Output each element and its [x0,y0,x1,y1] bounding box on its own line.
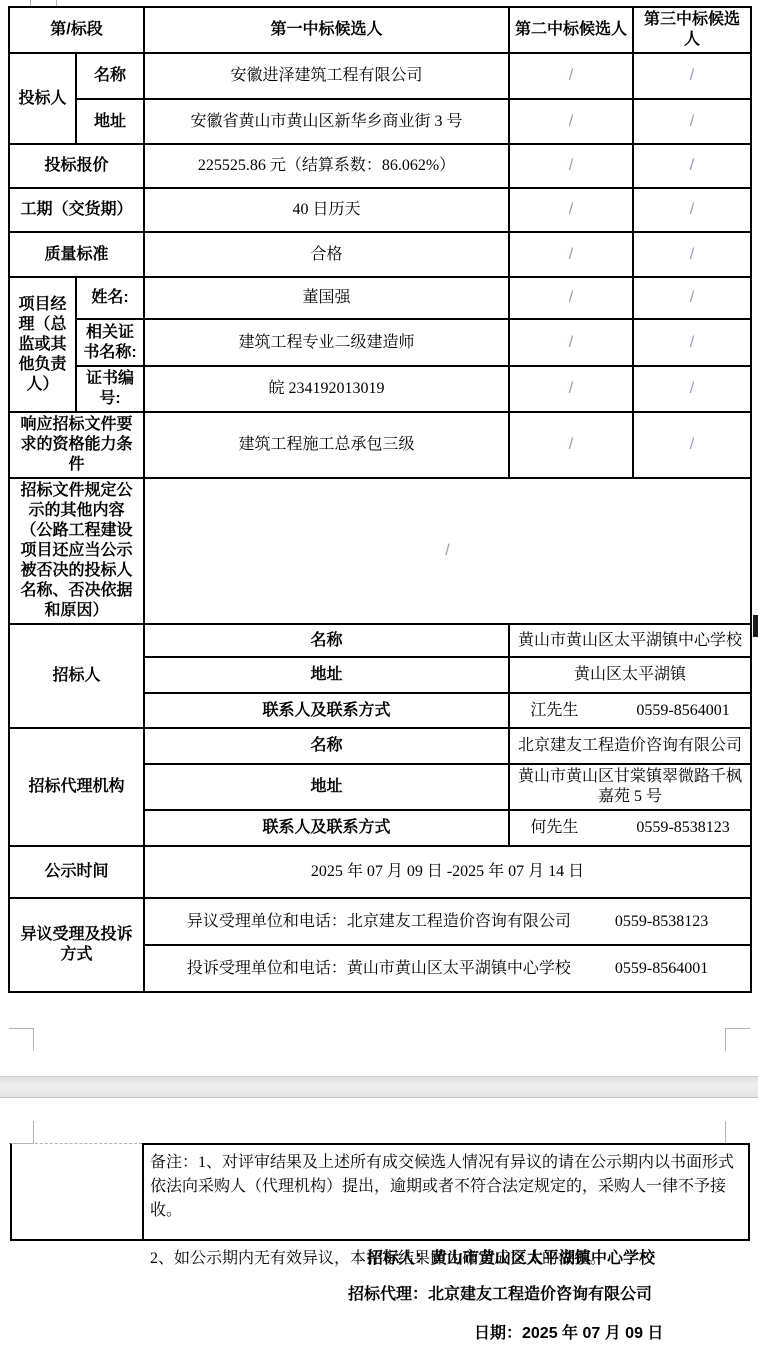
table-row: 质量标准 合格 / / [9,232,751,277]
price-value: 225525.86 元（结算系数：86.062%） [144,144,509,188]
table-row: 证书编号: 皖 234192013019 / / [9,366,751,412]
remark-cell: 备注：1、对评审结果及上述所有成交候选人情况有异议的请在公示期内以书面形式依法向… [142,1143,750,1241]
objection-row1-org: 北京建友工程造价咨询有限公司 [347,913,571,930]
tenderee-phone: 0559-8564001 [636,701,729,721]
empty-slash: / [509,99,633,144]
empty-slash: / [509,53,633,99]
manager-name-value: 董国强 [144,277,509,319]
page-break-separator [0,1076,758,1098]
tenderee-contact-value: 江先生0559-8564001 [509,693,751,728]
table-row: 招标人 名称 黄山市黄山区太平湖镇中心学校 [9,624,751,657]
table-row: 公示时间 2025 年 07 月 09 日 -2025 年 07 月 14 日 [9,846,751,898]
empty-slash: / [633,99,751,144]
objection-row2-org: 黄山市黄山区太平湖镇中心学校 [347,960,571,977]
empty-slash: / [633,319,751,366]
objection-label: 异议受理及投诉方式 [9,898,144,992]
empty-slash: / [633,53,751,99]
objection-row2-phone: 0559-8564001 [615,959,708,979]
empty-slash: / [633,232,751,277]
empty-slash: / [633,188,751,232]
agency-contact-value: 何先生0559-8538123 [509,810,751,846]
empty-slash: / [509,277,633,319]
bid-candidates-table: 第/标段 第一中标候选人 第二中标候选人 第三中标候选人 投标人 名称 安徽进泽… [8,6,752,993]
page-margin-mark [9,1121,34,1144]
agency-addr-label: 地址 [144,764,509,810]
empty-slash: / [633,412,751,478]
bidder-addr-label: 地址 [76,99,144,144]
other-content-slash: / [144,478,751,624]
manager-cert-value: 建筑工程专业二级建造师 [144,319,509,366]
page-margin-mark [9,1028,34,1051]
empty-slash: / [633,144,751,188]
duration-value: 40 日历天 [144,188,509,232]
first-candidate-header: 第一中标候选人 [144,7,509,53]
agency-name-label: 名称 [144,728,509,764]
table-row: 地址 安徽省黄山市黄山区新华乡商业街 3 号 / / [9,99,751,144]
table-row: 响应招标文件要求的资格能力条件 建筑工程施工总承包三级 / / [9,412,751,478]
table-row: 投标人 名称 安徽进泽建筑工程有限公司 / / [9,53,751,99]
empty-slash: / [633,366,751,412]
tenderee-contact-person: 江先生 [530,702,578,719]
empty-slash: / [509,188,633,232]
table-row: 招标代理机构 名称 北京建友工程造价咨询有限公司 [9,728,751,764]
agency-contact-label: 联系人及联系方式 [144,810,509,846]
manager-certno-value: 皖 234192013019 [144,366,509,412]
bidder-label: 投标人 [9,53,76,144]
objection-row1-phone: 0559-8538123 [615,912,708,932]
remark-paragraph-1: 备注：1、对评审结果及上述所有成交候选人情况有异议的请在公示期内以书面形式依法向… [150,1151,742,1223]
tenderee-contact-label: 联系人及联系方式 [144,693,509,728]
signature-date: 日期：2025 年 07 月 09 日 [474,1320,663,1343]
manager-label: 项目经理（总监或其他负责人） [9,277,76,412]
publicity-period-value: 2025 年 07 月 09 日 -2025 年 07 月 14 日 [144,846,751,898]
second-candidate-header: 第二中标候选人 [509,7,633,53]
other-content-label: 招标文件规定公示的其他内容（公路工程建设项目还应当公示被否决的投标人名称、否决依… [9,478,144,624]
quality-value: 合格 [144,232,509,277]
table-row: 相关证书名称: 建筑工程专业二级建造师 / / [9,319,751,366]
agency-name-value: 北京建友工程造价咨询有限公司 [509,728,751,764]
table-row: 工期（交货期） 40 日历天 / / [9,188,751,232]
table-row: 项目经理（总监或其他负责人） 姓名: 董国强 / / [9,277,751,319]
tenderee-name-label: 名称 [144,624,509,657]
tenderee-label: 招标人 [9,624,144,728]
scrollbar-thumb[interactable] [753,615,758,637]
table-row: 第/标段 第一中标候选人 第二中标候选人 第三中标候选人 [9,7,751,53]
remark-empty-cell [10,1143,142,1241]
section-header: 第/标段 [9,7,144,53]
third-candidate-header: 第三中标候选人 [633,7,751,53]
empty-slash: / [509,232,633,277]
qualification-label: 响应招标文件要求的资格能力条件 [9,412,144,478]
manager-name-label: 姓名: [76,277,144,319]
objection-row1: 异议受理单位和电话：北京建友工程造价咨询有限公司0559-8538123 [144,898,751,945]
tenderee-addr-label: 地址 [144,657,509,693]
table-row: 投标报价 225525.86 元（结算系数：86.062%） / / [9,144,751,188]
agency-addr-value: 黄山市黄山区甘棠镇翠微路千枫嘉苑 5 号 [509,764,751,810]
empty-slash: / [509,412,633,478]
table-row: 招标文件规定公示的其他内容（公路工程建设项目还应当公示被否决的投标人名称、否决依… [9,478,751,624]
duration-label: 工期（交货期） [9,188,144,232]
empty-slash: / [633,277,751,319]
price-label: 投标报价 [9,144,144,188]
publicity-period-label: 公示时间 [9,846,144,898]
remark-table: 备注：1、对评审结果及上述所有成交候选人情况有异议的请在公示期内以书面形式依法向… [10,1143,750,1241]
agency-phone: 0559-8538123 [636,818,729,838]
empty-slash: / [509,319,633,366]
agency-label: 招标代理机构 [9,728,144,846]
manager-cert-label: 相关证书名称: [76,319,144,366]
page-margin-mark [725,1121,750,1144]
objection-row1-label: 异议受理单位和电话： [187,913,347,930]
bidder-name-value: 安徽进泽建筑工程有限公司 [144,53,509,99]
page-margin-mark [725,1028,750,1051]
tenderee-name-value: 黄山市黄山区太平湖镇中心学校 [509,624,751,657]
empty-slash: / [509,144,633,188]
tenderee-addr-value: 黄山区太平湖镇 [509,657,751,693]
objection-row2: 投诉受理单位和电话：黄山市黄山区太平湖镇中心学校0559-8564001 [144,945,751,992]
qualification-value: 建筑工程施工总承包三级 [144,412,509,478]
objection-row2-label: 投诉受理单位和电话： [187,960,347,977]
agency-contact-person: 何先生 [530,819,578,836]
bidder-name-label: 名称 [76,53,144,99]
bidder-addr-value: 安徽省黄山市黄山区新华乡商业街 3 号 [144,99,509,144]
quality-label: 质量标准 [9,232,144,277]
manager-certno-label: 证书编号: [76,366,144,412]
table-row: 异议受理及投诉方式 异议受理单位和电话：北京建友工程造价咨询有限公司0559-8… [9,898,751,945]
signature-agency: 招标代理：北京建友工程造价咨询有限公司 [348,1281,652,1304]
empty-slash: / [509,366,633,412]
signature-tenderee: 招标人：黄山市黄山区太平湖镇中心学校 [367,1245,655,1268]
